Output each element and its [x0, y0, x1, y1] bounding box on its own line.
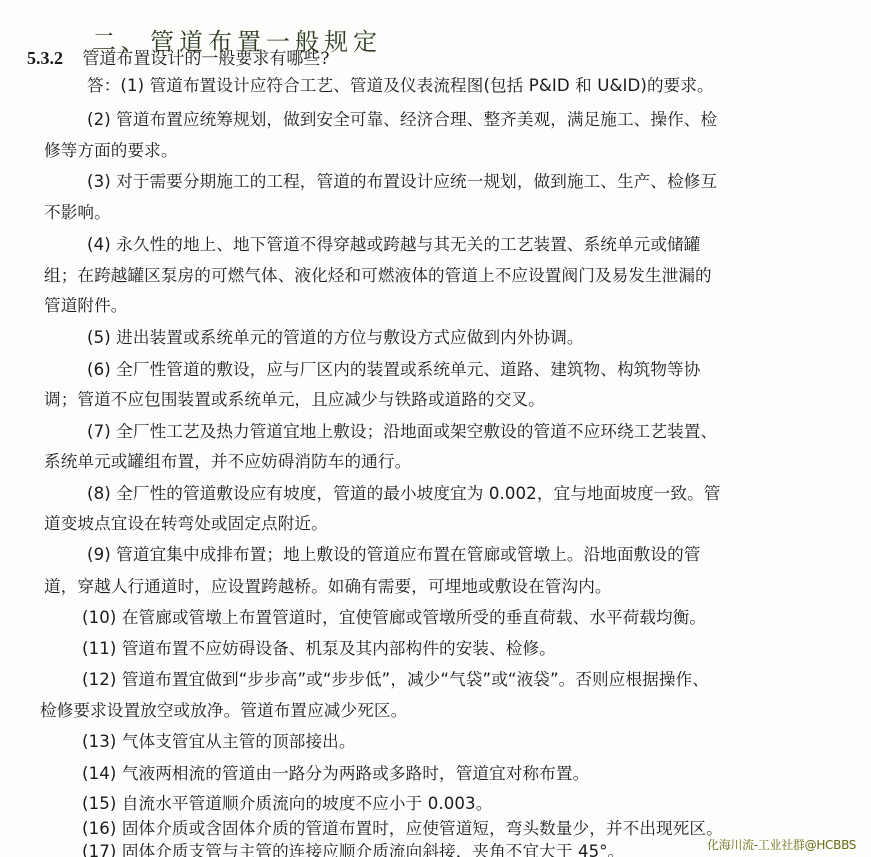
answer-line: 管道附件。 — [44, 292, 127, 316]
answer-line: 不影响。 — [44, 199, 111, 223]
answer-line: 答：(1) 管道布置设计应符合工艺、管道及仪表流程图(包括 P&ID 和 U&I… — [87, 72, 714, 96]
answer-line: (3) 对于需要分期施工的工程，管道的布置设计应统一规划，做到施工、生产、检修互 — [87, 168, 717, 192]
answer-line: (16) 固体介质或含固体介质的管道布置时，应使管道短，弯头数量少，并不出现死区… — [82, 815, 723, 839]
answer-line: (9) 管道宜集中成排布置；地上敷设的管道应布置在管廊或管墩上。沿地面敷设的管 — [87, 541, 700, 565]
answer-line: (10) 在管廊或管墩上布置管道时，宜使管廊或管墩所受的垂直荷载、水平荷载均衡。 — [82, 604, 706, 628]
answer-line: (15) 自流水平管道顺介质流向的坡度不应小于 0.003。 — [82, 790, 492, 814]
answer-line: (4) 永久性的地上、地下管道不得穿越或跨越与其无关的工艺装置、系统单元或储罐 — [87, 231, 700, 255]
answer-line: (12) 管道布置宜做到“步步高”或“步步低”，减少“气袋”或“液袋”。否则应根… — [82, 666, 709, 690]
answer-line: (11) 管道布置不应妨碍设备、机泵及其内部构件的安装、检修。 — [82, 635, 556, 659]
question-text: 管道布置设计的一般要求有哪些? — [82, 49, 329, 69]
answer-line: (6) 全厂性管道的敷设，应与厂区内的装置或系统单元、道路、建筑物、构筑物等协 — [87, 356, 700, 380]
answer-line: (13) 气体支管宜从主管的顶部接出。 — [82, 728, 356, 752]
answer-line: 调；管道不应包围装置或系统单元，且应减少与铁路或道路的交叉。 — [44, 386, 545, 410]
answer-line: (2) 管道布置应统筹规划，做到安全可靠、经济合理、整齐美观，满足施工、操作、检 — [87, 106, 717, 130]
scanned-document-page: 二、管道布置一般规定 5.3.2 管道布置设计的一般要求有哪些? 答：(1) 管… — [0, 0, 871, 857]
answer-line: 道，穿越人行通道时，应设置跨越桥。如确有需要，可埋地或敷设在管沟内。 — [44, 573, 612, 597]
question-heading: 5.3.2 管道布置设计的一般要求有哪些? — [27, 44, 330, 69]
answer-line: 修等方面的要求。 — [44, 137, 178, 161]
answer-line: (5) 进出装置或系统单元的管道的方位与敷设方式应做到内外协调。 — [87, 324, 584, 348]
answer-line: 系统单元或罐组布置，并不应妨碍消防车的通行。 — [44, 448, 411, 472]
answer-line: (8) 全厂性的管道敷设应有坡度，管道的最小坡度宜为 0.002，宜与地面坡度一… — [87, 480, 720, 504]
answer-line: 道变坡点宜设在转弯处或固定点附近。 — [44, 510, 328, 534]
answer-line: (14) 气液两相流的管道由一路分为两路或多路时，管道宜对称布置。 — [82, 760, 589, 784]
question-number: 5.3.2 — [27, 48, 63, 68]
answer-line: (7) 全厂性工艺及热力管道宜地上敷设；沿地面或架空敷设的管道不应环绕工艺装置、 — [87, 418, 717, 442]
watermark: 化海川流-工业社群@HCBBS — [707, 836, 856, 853]
answer-line: 检修要求设置放空或放净。管道布置应减少死区。 — [40, 697, 407, 721]
answer-line: 组；在跨越罐区泵房的可燃气体、液化烃和可燃液体的管道上不应设置阀门及易发生泄漏的 — [44, 262, 712, 286]
answer-line: (17) 固体介质支管与主管的连接应顺介质流向斜接，夹角不宜大于 45°。 — [82, 838, 624, 857]
